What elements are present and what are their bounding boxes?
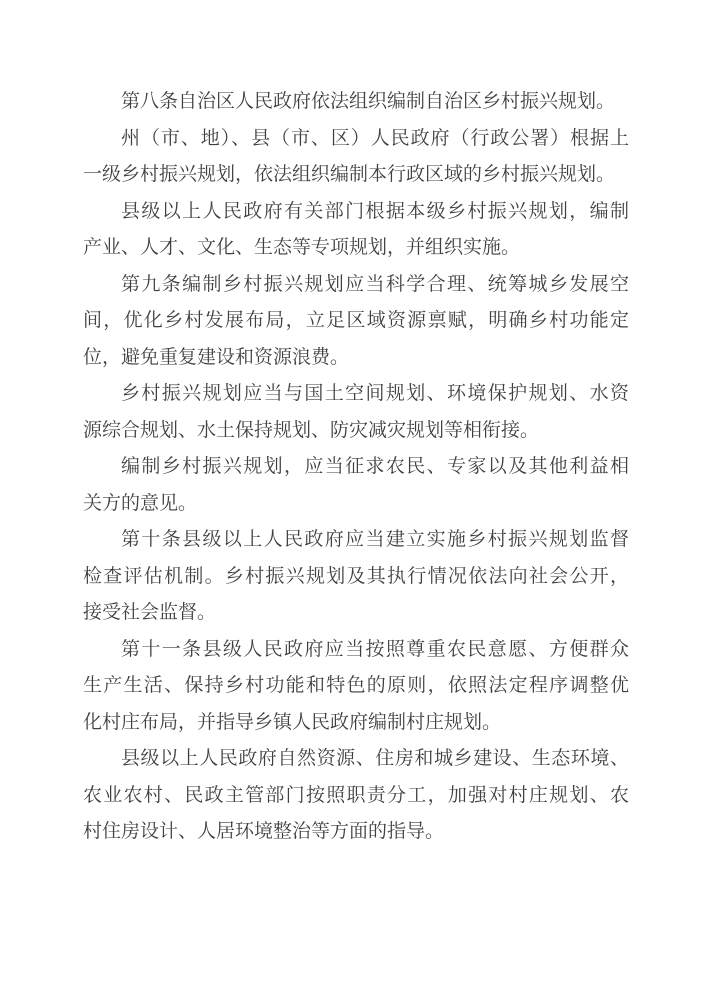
document-body: 第八条自治区人民政府依法组织编制自治区乡村振兴规划。 州（市、地）、县（市、区）… — [83, 84, 629, 851]
text-line: 产业、人才、文化、生态等专项规划，并组织实施。 — [83, 230, 629, 267]
text-line: 农业农村、民政主管部门按照职责分工，加强对村庄规划、农 — [83, 778, 629, 815]
text-line: 生产生活、保持乡村功能和特色的原则，依照法定程序调整优 — [83, 668, 629, 705]
text-line: 县级以上人民政府有关部门根据本级乡村振兴规划，编制 — [83, 194, 629, 231]
text-line: 第十条县级以上人民政府应当建立实施乡村振兴规划监督 — [83, 522, 629, 559]
text-line: 州（市、地）、县（市、区）人民政府（行政公署）根据上 — [83, 121, 629, 158]
paragraph: 第九条编制乡村振兴规划应当科学合理、统筹城乡发展空 间，优化乡村发展布局，立足区… — [83, 267, 629, 377]
text-line: 检查评估机制。乡村振兴规划及其执行情况依法向社会公开， — [83, 559, 629, 596]
text-line: 接受社会监督。 — [83, 595, 629, 632]
paragraph: 州（市、地）、县（市、区）人民政府（行政公署）根据上 一级乡村振兴规划，依法组织… — [83, 121, 629, 194]
text-line: 化村庄布局，并指导乡镇人民政府编制村庄规划。 — [83, 705, 629, 742]
text-line: 一级乡村振兴规划，依法组织编制本行政区域的乡村振兴规划。 — [83, 157, 629, 194]
text-line: 第九条编制乡村振兴规划应当科学合理、统筹城乡发展空 — [83, 267, 629, 304]
paragraph: 第十条县级以上人民政府应当建立实施乡村振兴规划监督 检查评估机制。乡村振兴规划及… — [83, 522, 629, 632]
paragraph: 第八条自治区人民政府依法组织编制自治区乡村振兴规划。 — [83, 84, 629, 121]
paragraph: 乡村振兴规划应当与国土空间规划、环境保护规划、水资 源综合规划、水土保持规划、防… — [83, 376, 629, 449]
text-line: 村住房设计、人居环境整治等方面的指导。 — [83, 814, 629, 851]
text-line: 间，优化乡村发展布局，立足区域资源禀赋，明确乡村功能定 — [83, 303, 629, 340]
text-line: 编制乡村振兴规划，应当征求农民、专家以及其他利益相 — [83, 449, 629, 486]
paragraph: 编制乡村振兴规划，应当征求农民、专家以及其他利益相 关方的意见。 — [83, 449, 629, 522]
text-line: 县级以上人民政府自然资源、住房和城乡建设、生态环境、 — [83, 741, 629, 778]
text-line: 关方的意见。 — [83, 486, 629, 523]
document-page: 第八条自治区人民政府依法组织编制自治区乡村振兴规划。 州（市、地）、县（市、区）… — [0, 0, 707, 1000]
text-line: 乡村振兴规划应当与国土空间规划、环境保护规划、水资 — [83, 376, 629, 413]
paragraph: 第十一条县级人民政府应当按照尊重农民意愿、方便群众 生产生活、保持乡村功能和特色… — [83, 632, 629, 742]
paragraph: 县级以上人民政府自然资源、住房和城乡建设、生态环境、 农业农村、民政主管部门按照… — [83, 741, 629, 851]
text-line: 源综合规划、水土保持规划、防灾减灾规划等相衔接。 — [83, 413, 629, 450]
text-line: 第八条自治区人民政府依法组织编制自治区乡村振兴规划。 — [83, 84, 629, 121]
text-line: 位，避免重复建设和资源浪费。 — [83, 340, 629, 377]
text-line: 第十一条县级人民政府应当按照尊重农民意愿、方便群众 — [83, 632, 629, 669]
paragraph: 县级以上人民政府有关部门根据本级乡村振兴规划，编制 产业、人才、文化、生态等专项… — [83, 194, 629, 267]
